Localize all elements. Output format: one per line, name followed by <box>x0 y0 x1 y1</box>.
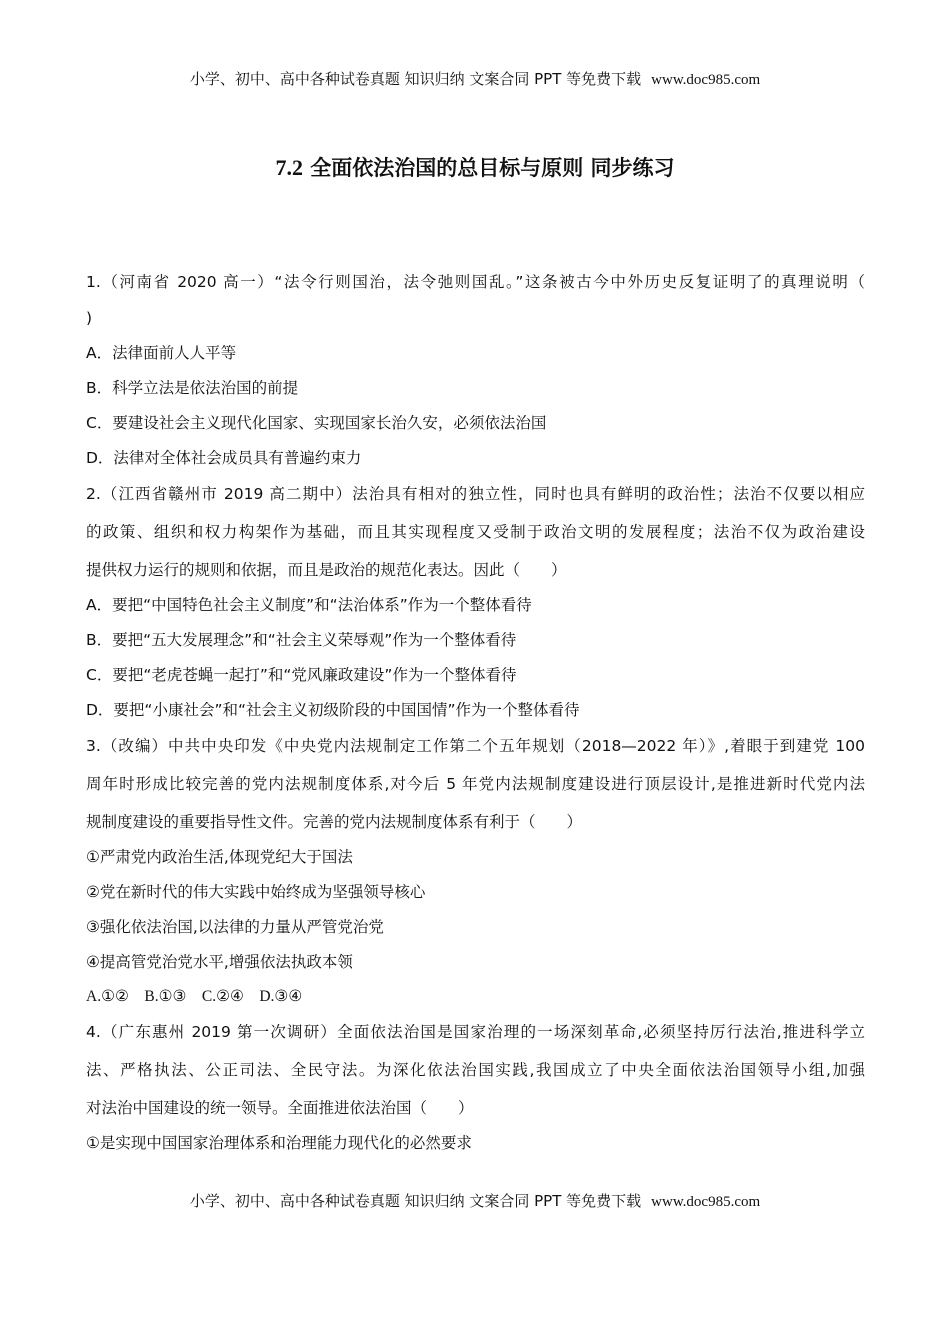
q2-line-2: 的政策、组织和权力构架作为基础，而且其实现程度又受制于政治文明的发展程度；法治不… <box>86 522 865 542</box>
q2-option-d: D．要把“小康社会”和“社会主义初级阶段的中国国情”作为一个整体看待 <box>86 700 580 720</box>
q3-line-2: 周年时形成比较完善的党内法规制度体系,对今后 5 年党内法规制度建设进行顶层设计… <box>86 774 865 794</box>
q1-option-b: B．科学立法是依法治国的前提 <box>86 378 298 398</box>
footer-text: 小学、初中、高中各种试卷真题 知识归纳 文案合同 PPT 等免费下载 <box>190 1192 641 1210</box>
q4-statement-1: ①是实现中国国家治理体系和治理能力现代化的必然要求 <box>86 1133 472 1153</box>
q3-line-1: 3.（改编）中共中央印发《中央党内法规制定工作第二个五年规划（2018—2022… <box>86 736 865 756</box>
q1-option-a: A．法律面前人人平等 <box>86 343 236 363</box>
q3-statement-3: ③强化依法治国,以法律的力量从严管党治党 <box>86 917 384 937</box>
q1-option-c: C．要建设社会主义现代化国家、实现国家长治久安，必须依法治国 <box>86 413 546 433</box>
q3-choices: A.①② B.①③ C.②④ D.③④ <box>86 987 302 1007</box>
q3-statement-4: ④提高管党治党水平,增强依法执政本领 <box>86 952 353 972</box>
title-number: 7.2 <box>275 155 303 180</box>
q2-line-3: 提供权力运行的规则和依据，而且是政治的规范化表达。因此（ ） <box>86 560 567 580</box>
q4-line-2: 法、严格执法、公正司法、全民守法。为深化依法治国实践,我国成立了中央全面依法治国… <box>86 1060 865 1080</box>
page-footer: 小学、初中、高中各种试卷真题 知识归纳 文案合同 PPT 等免费下载www.do… <box>0 1190 950 1211</box>
q2-option-b: B．要把“五大发展理念”和“社会主义荣辱观”作为一个整体看待 <box>86 630 516 650</box>
header-url: www.doc985.com <box>651 72 760 88</box>
q2-option-a: A．要把“中国特色社会主义制度”和“法治体系”作为一个整体看待 <box>86 595 532 615</box>
q3-line-3: 规制度建设的重要指导性文件。完善的党内法规制度体系有利于（ ） <box>86 812 582 832</box>
q1-line-1: 1.（河南省 2020 高一）“法令行则国治，法令弛则国乱。”这条被古今中外历史… <box>86 272 865 292</box>
q2-option-c: C．要把“老虎苍蝇一起打”和“党风廉政建设”作为一个整体看待 <box>86 665 516 685</box>
footer-url: www.doc985.com <box>651 1194 760 1210</box>
q1-option-d: D．法律对全体社会成员具有普遍约束力 <box>86 448 361 468</box>
q4-line-3: 对法治中国建设的统一领导。全面推进依法治国（ ） <box>86 1098 474 1118</box>
title-text: 全面依法治国的总目标与原则 同步练习 <box>310 156 674 180</box>
page-header: 小学、初中、高中各种试卷真题 知识归纳 文案合同 PPT 等免费下载www.do… <box>0 68 950 89</box>
header-text: 小学、初中、高中各种试卷真题 知识归纳 文案合同 PPT 等免费下载 <box>190 70 641 88</box>
q3-statement-2: ②党在新时代的伟大实践中始终成为坚强领导核心 <box>86 882 425 902</box>
page-title: 7.2 全面依法治国的总目标与原则 同步练习 <box>0 152 950 182</box>
q2-line-1: 2.（江西省赣州市 2019 高二期中）法治具有相对的独立性，同时也具有鲜明的政… <box>86 484 865 504</box>
q1-line-2: ) <box>86 308 92 328</box>
q4-line-1: 4.（广东惠州 2019 第一次调研）全面依法治国是国家治理的一场深刻革命,必须… <box>86 1022 865 1042</box>
q3-statement-1: ①严肃党内政治生活,体现党纪大于国法 <box>86 847 353 867</box>
